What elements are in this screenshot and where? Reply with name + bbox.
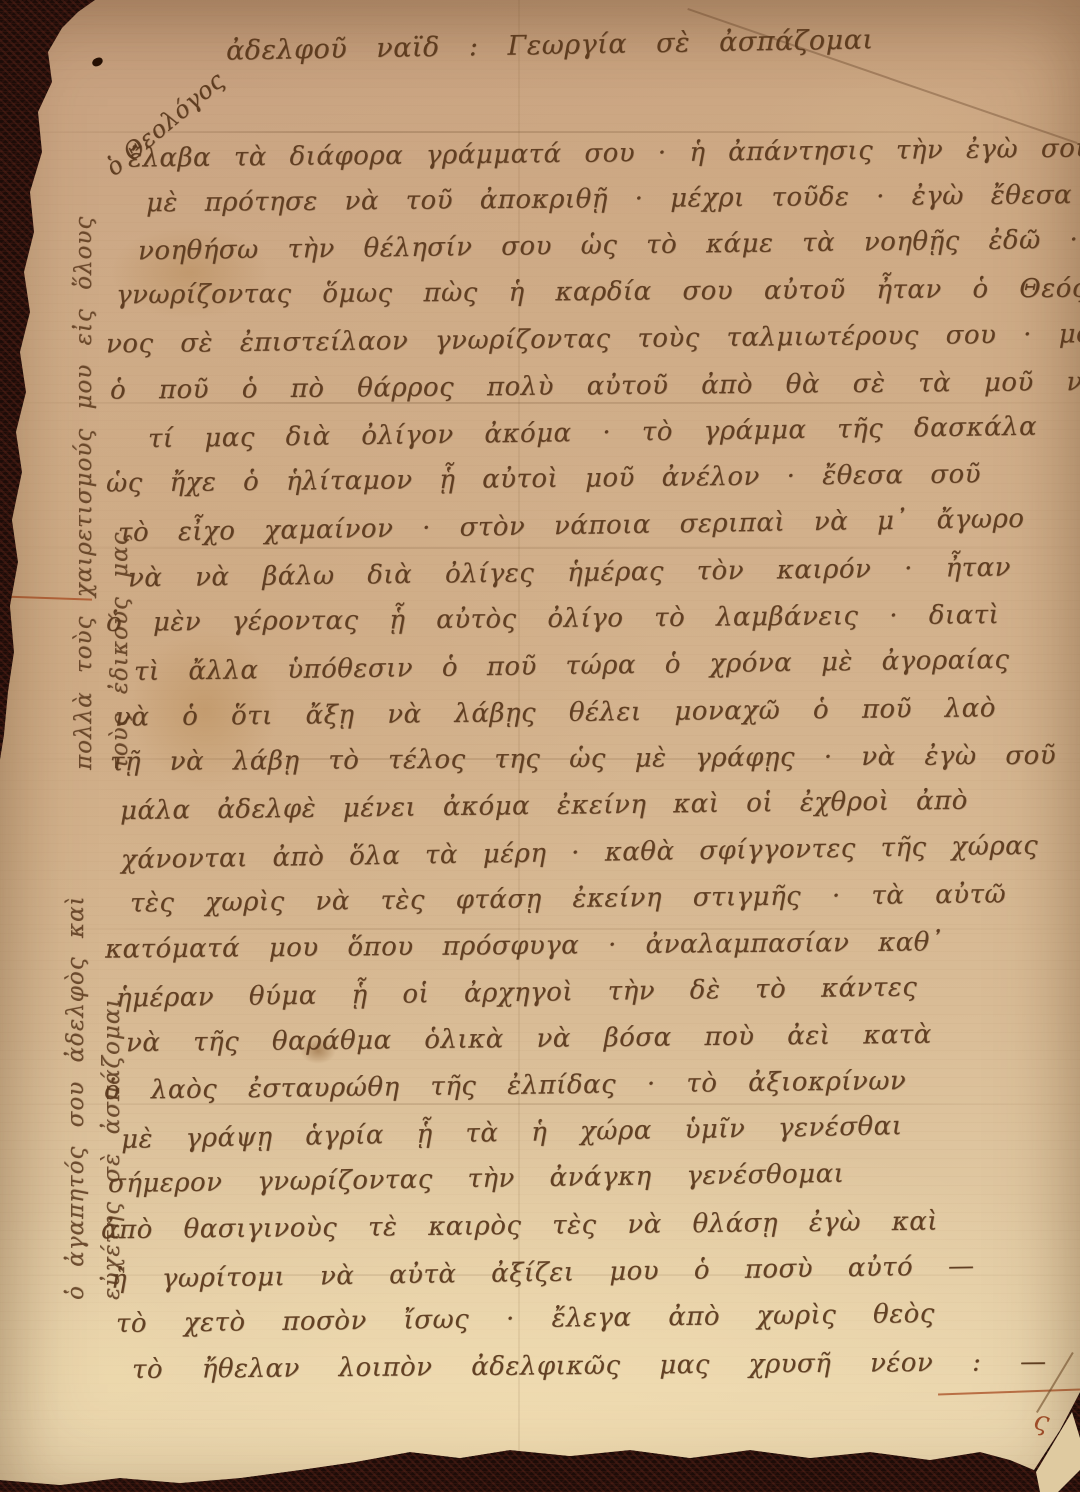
header-line: ἀδελφοῦ ναϊδ : Γεωργία σὲ ἀσπάζομαι	[226, 24, 874, 66]
manuscript-line: τὶ ἄλλα ὑπόθεσιν ὁ ποῦ τώρα ὁ χρόνα μὲ ἀ…	[134, 647, 1010, 685]
manuscript-line: ἔλαβα τὰ διάφορα γράμματά σου · ἡ ἀπάντη…	[128, 134, 1080, 171]
manuscript-line: νοηθήσω τὴν θέλησίν σου ὡς τὸ κάμε τὰ νο…	[138, 226, 1080, 265]
manuscript-line: νὰ νὰ βάλω διὰ ὀλίγες ἡμέρας τὸν καιρόν …	[128, 555, 1011, 592]
manuscript-line: τὸ ἤθελαν λοιπὸν ἀδελφικῶς μας χρυσῆ νέο…	[132, 1349, 1047, 1383]
photo-background: ἀδελφοῦ ναϊδ : Γεωργία σὲ ἀσπάζομαι ὁ Θε…	[0, 0, 1080, 1492]
manuscript-line: τί μας διὰ ὀλίγον ἀκόμα · τὸ γράμμα τῆς …	[148, 414, 1037, 452]
manuscript-line: τὲς χωρὶς νὰ τὲς φτάσῃ ἐκείνη στιγμῆς · …	[130, 881, 1006, 916]
manuscript-line: τῇ νὰ λάβῃ τὸ τέλος της ὡς μὲ γράφῃς · ν…	[110, 743, 1056, 776]
manuscript-line: μὲ πρότησε νὰ τοῦ ἀποκριθῇ · μέχρι τοῦδε…	[146, 182, 1080, 216]
manuscript-line: ὡς ἤχε ὁ ἡλίταμον ᾗ αὐτοὶ μοῦ ἀνέλον · ἔ…	[106, 461, 981, 496]
stain	[760, 60, 1020, 200]
manuscript-line: μὲ γράψῃ ἁγρία ᾗ τὰ ἡ χώρα ὑμῖν γενέσθαι	[121, 1113, 903, 1153]
manuscript-line: τὸ χετὸ ποσὸν ἴσως · ἔλεγα ἀπὸ χωρὶς θεὸ…	[116, 1301, 935, 1337]
manuscript-line: ὁ λαὸς ἐσταυρώθη τῆς ἐλπίδας · τὸ ἀξιοκρ…	[104, 1068, 907, 1104]
manuscript-line: γνωρίζοντας ὅμως πὼς ἡ καρδία σου αὐτοῦ …	[116, 276, 1080, 309]
manuscript-line: νὰ ὁ ὅτι ἄξῃ νὰ λάβῃς θέλει μοναχῶ ὁ ποῦ…	[115, 695, 996, 730]
manuscript-line: ἡ γωρίτομι νὰ αὐτὰ ἀξίζει μου ὁ ποσὺ αὐτ…	[111, 1253, 975, 1293]
manuscript-line: τὸ εἶχο χαμαίνον · στὸν νάποια σεριπαὶ ν…	[118, 506, 1025, 546]
red-crease-line	[938, 1389, 1080, 1396]
manuscript-line: ὁ μὲν γέροντας ᾗ αὐτὸς ὀλίγο τὸ λαμβάνει…	[106, 602, 1000, 636]
manuscript-paper: ἀδελφοῦ ναϊδ : Γεωργία σὲ ἀσπάζομαι ὁ Θε…	[0, 0, 1080, 1492]
manuscript-line: ἡμέραν θύμα ᾗ οἱ ἀρχηγοὶ τὴν δὲ τὸ κάντε…	[116, 974, 918, 1011]
manuscript-line: νος σὲ ἐπιστείλαον γνωρίζοντας τοὺς ταλμ…	[106, 321, 1080, 358]
worm-hole	[91, 56, 104, 68]
manuscript-line: σήμερον γνωρίζοντας τὴν ἀνάγκη γενέσθομα…	[108, 1161, 845, 1197]
manuscript-line: κατόματά μου ὅπου πρόσφυγα · ἀναλαμπασία…	[105, 929, 944, 962]
manuscript-line: χάνονται ἀπὸ ὅλα τὰ μέρη · καθὰ σφίγγοντ…	[121, 833, 1039, 873]
manuscript-line: μάλα ἀδελφὲ μένει ἀκόμα ἐκείνη καὶ οἱ ἐχ…	[120, 788, 968, 824]
manuscript-line: ὁ ποῦ ὁ πὸ θάρρος πολὺ αὐτοῦ ἀπὸ θὰ σὲ τ…	[110, 368, 1080, 403]
manuscript-line: νὰ τῆς θαράθμα ὁλικὰ νὰ βόσα ποὺ ἀεὶ κατ…	[126, 1022, 932, 1056]
red-ink-mark: ς	[1031, 1405, 1052, 1438]
manuscript-line: ἀπὸ θασιγινοὺς τὲ καιρὸς τὲς νὰ θλάσῃ ἐγ…	[101, 1209, 938, 1244]
